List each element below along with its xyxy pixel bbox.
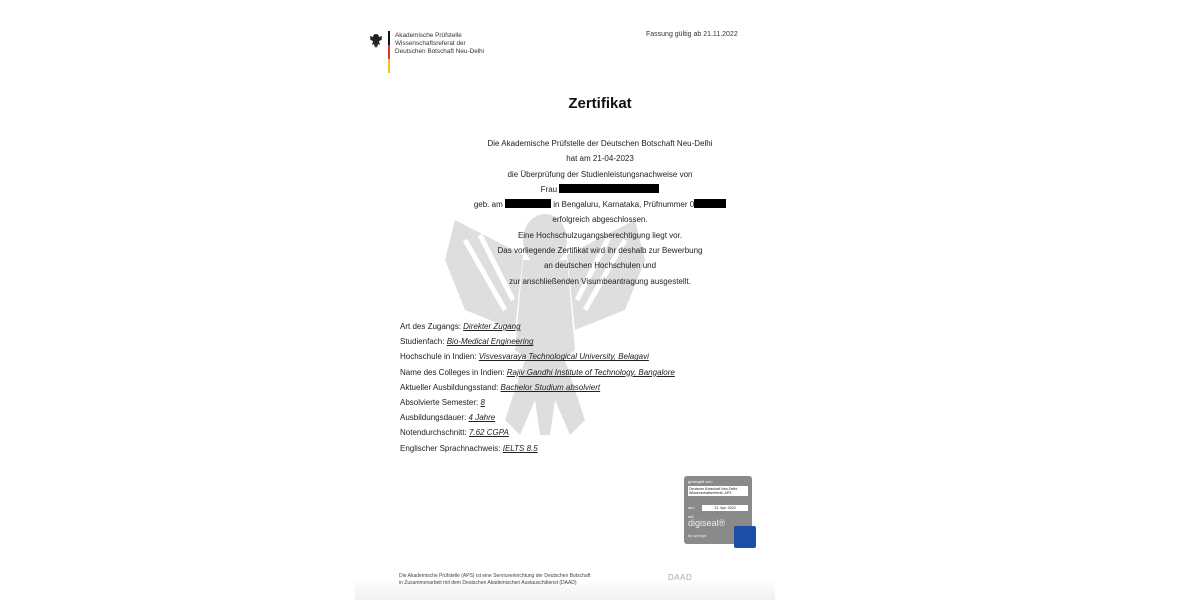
detail-row: Art des Zugangs: Direkter Zugang bbox=[400, 319, 675, 334]
detail-row: Absolvierte Semester: 8 bbox=[400, 395, 675, 410]
redacted-birthdate bbox=[505, 199, 551, 208]
detail-label: Hochschule in Indien: bbox=[400, 352, 477, 361]
seal-badge bbox=[734, 526, 756, 548]
detail-label: Ausbildungsdauer: bbox=[400, 413, 466, 422]
detail-label: Name des Colleges in Indien: bbox=[400, 368, 505, 377]
detail-value: Rajiv Gandhi Institute of Technology, Ba… bbox=[507, 368, 675, 377]
validity-date: Fassung gültig ab 21.11.2022 bbox=[646, 31, 738, 38]
issuer-name: Akademische Prüfstelle Wissenschaftsrefe… bbox=[395, 32, 484, 56]
detail-row: Aktueller Ausbildungsstand: Bachelor Stu… bbox=[400, 380, 675, 395]
detail-label: Absolvierte Semester: bbox=[400, 398, 478, 407]
detail-row: Hochschule in Indien: Visvesvaraya Techn… bbox=[400, 349, 675, 364]
redacted-exam-number bbox=[694, 199, 726, 208]
certificate-statement: Die Akademische Prüfstelle der Deutschen… bbox=[355, 136, 845, 289]
detail-label: Studienfach: bbox=[400, 337, 444, 346]
detail-value: 8 bbox=[481, 398, 485, 407]
detail-value: Visvesvaraya Technological University, B… bbox=[479, 352, 649, 361]
detail-value: Bachelor Studium absolviert bbox=[501, 383, 601, 392]
detail-row: Ausbildungsdauer: 4 Jahre bbox=[400, 410, 675, 425]
birth-line: geb. am in Bengaluru, Karnataka, Prüfnum… bbox=[355, 197, 845, 212]
footer-note: Die Akademische Prüfstelle (APS) ist ein… bbox=[399, 573, 590, 587]
detail-value: 4 Jahre bbox=[469, 413, 496, 422]
detail-row: Notendurchschnitt: 7.62 CGPA bbox=[400, 425, 675, 440]
detail-label: Art des Zugangs: bbox=[400, 322, 461, 331]
daad-logo: DAAD bbox=[668, 573, 692, 582]
detail-value: Bio-Medical Engineering bbox=[447, 337, 534, 346]
certificate-details: Art des Zugangs: Direkter ZugangStudienf… bbox=[400, 319, 675, 456]
detail-value: Direkter Zugang bbox=[463, 322, 520, 331]
federal-eagle-logo-icon bbox=[369, 33, 383, 49]
detail-label: Aktueller Ausbildungsstand: bbox=[400, 383, 498, 392]
detail-row: Studienfach: Bio-Medical Engineering bbox=[400, 334, 675, 349]
detail-label: Englischer Sprachnachweis: bbox=[400, 444, 501, 453]
applicant-name-line: Frau bbox=[355, 182, 845, 197]
detail-label: Notendurchschnitt: bbox=[400, 428, 467, 437]
german-flag-bar bbox=[388, 31, 390, 73]
document-title: Zertifikat bbox=[355, 95, 845, 112]
detail-row: Englischer Sprachnachweis: IELTS 8.5 bbox=[400, 441, 675, 456]
redacted-name bbox=[559, 184, 659, 193]
detail-value: IELTS 8.5 bbox=[503, 444, 538, 453]
detail-row: Name des Colleges in Indien: Rajiv Gandh… bbox=[400, 365, 675, 380]
detail-value: 7.62 CGPA bbox=[469, 428, 509, 437]
